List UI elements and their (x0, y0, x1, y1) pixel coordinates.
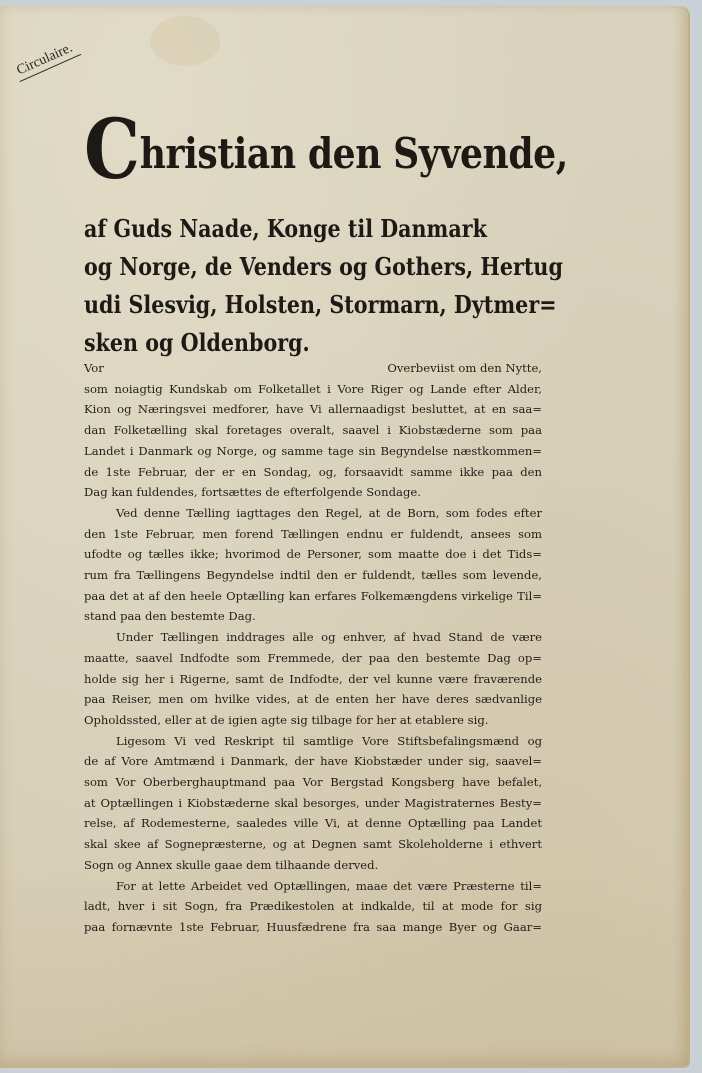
paragraph-2: Ved denne Tælling iagttages den Regel, a… (84, 503, 542, 627)
title-line: og Norge, de Venders og Gothers, Hertug (84, 248, 471, 286)
text-line: ladt, hver i sit Sogn, fra Prædikestolen… (84, 896, 542, 917)
title-heading: Christian den Syvende, (84, 106, 471, 210)
text-line: Opholdssted, eller at de igien agte sig … (84, 710, 542, 731)
royal-title: Christian den Syvende, af Guds Naade, Ko… (84, 106, 534, 362)
text-line: Ved denne Tælling iagttages den Regel, a… (84, 503, 542, 524)
title-initial: C (84, 102, 140, 198)
paragraph-4: Ligesom Vi ved Reskript til samtlige Vor… (84, 731, 542, 876)
text-line: den 1ste Februar, men forend Tællingen e… (84, 524, 542, 545)
circulaire-stamp: Circulaire. (13, 38, 82, 82)
text-line: paa Reiser, men om hvilke vides, at de e… (84, 689, 542, 710)
paragraph-1: som noiagtig Kundskab om Folketallet i V… (84, 379, 542, 503)
text-line: som Vor Oberberghauptmand paa Vor Bergst… (84, 772, 542, 793)
title-line: af Guds Naade, Konge til Danmark (84, 210, 471, 248)
text-line: Landet i Danmark og Norge, og samme tage… (84, 441, 542, 462)
text-line: Dag kan fuldendes, fortsættes de efterfo… (84, 482, 542, 503)
text-line: paa fornævnte 1ste Februar, Huusfædrene … (84, 917, 542, 938)
text-line: Sogn og Annex skulle gaae dem tilhaande … (84, 855, 542, 876)
title-line: udi Slesvig, Holsten, Stormarn, Dytmer= (84, 286, 471, 324)
text-line: de af Vore Amtmænd i Danmark, der have K… (84, 751, 542, 772)
text-line: For at lette Arbeidet ved Optællingen, m… (84, 876, 542, 897)
text-line: holde sig her i Rigerne, samt de Indfodt… (84, 669, 542, 690)
text-line: Kion og Næringsvei medforer, have Vi all… (84, 399, 542, 420)
text-line: Ligesom Vi ved Reskript til samtlige Vor… (84, 731, 542, 752)
text-line: stand paa den bestemte Dag. (84, 606, 542, 627)
title-line: sken og Oldenborg. (84, 324, 471, 362)
document-page: Circulaire. Christian den Syvende, af Gu… (0, 6, 690, 1068)
text-line: som noiagtig Kundskab om Folketallet i V… (84, 379, 542, 400)
text-line: Under Tællingen inddrages alle og enhver… (84, 627, 542, 648)
title-heading-rest: hristian den Syvende, (140, 129, 568, 178)
text-line: rum fra Tællingens Begyndelse indtil den… (84, 565, 542, 586)
text-line: de 1ste Februar, der er en Sondag, og, f… (84, 462, 542, 483)
opening-right: Overbeviist om den Nytte, (387, 358, 542, 379)
text-line: at Optællingen i Kiobstæderne skal besor… (84, 793, 542, 814)
paper-stain (150, 16, 220, 66)
text-line: dan Folketælling skal foretages overalt,… (84, 420, 542, 441)
opening-left: Vor (84, 358, 104, 379)
paragraph-5: For at lette Arbeidet ved Optællingen, m… (84, 876, 542, 938)
paragraph-3: Under Tællingen inddrages alle og enhver… (84, 627, 542, 731)
text-line: skal skee af Sognepræsterne, og at Degne… (84, 834, 542, 855)
opening-line: Vor Overbeviist om den Nytte, (84, 358, 542, 379)
text-line: relse, af Rodemesterne, saaledes ville V… (84, 813, 542, 834)
text-line: ufodte og tælles ikke; hvorimod de Perso… (84, 544, 542, 565)
text-line: maatte, saavel Indfodte som Fremmede, de… (84, 648, 542, 669)
text-line: paa det at af den heele Optælling kan er… (84, 586, 542, 607)
document-body: Vor Overbeviist om den Nytte, som noiagt… (84, 358, 542, 938)
